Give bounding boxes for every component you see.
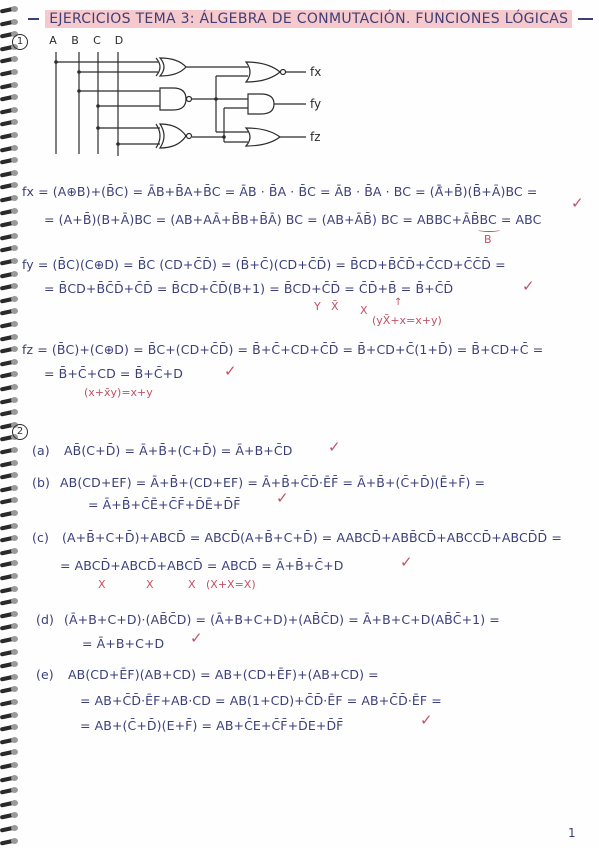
ex2e-label: (e) bbox=[36, 667, 54, 682]
spiral-ring bbox=[0, 699, 20, 706]
spiral-ring bbox=[0, 636, 20, 643]
fx-brace-note: B bbox=[484, 233, 492, 246]
fx-derivation-line-2: = (A+B̄)(B+Ā)BC = (AB+AĀ+B̄B+B̄Ā) BC = (… bbox=[44, 212, 541, 227]
ex2c-note-x3: X bbox=[188, 578, 196, 591]
ex2a-label: (a) bbox=[32, 443, 50, 458]
ex2c-check-icon: ✓ bbox=[400, 553, 413, 571]
ex2c-note-rule: (X+X=X) bbox=[206, 578, 256, 591]
spiral-ring bbox=[0, 56, 20, 63]
ex2a-check-icon: ✓ bbox=[328, 438, 341, 456]
spiral-ring bbox=[0, 132, 20, 139]
spiral-ring bbox=[0, 208, 20, 215]
spiral-ring bbox=[0, 182, 20, 189]
spiral-ring bbox=[0, 220, 20, 227]
spiral-ring bbox=[0, 586, 20, 593]
spiral-ring bbox=[0, 447, 20, 454]
spiral-ring bbox=[0, 523, 20, 530]
spiral-ring bbox=[0, 195, 20, 202]
spiral-ring bbox=[0, 724, 20, 731]
spiral-ring bbox=[0, 94, 20, 101]
fy-arrow-icon: ↑ bbox=[394, 297, 402, 308]
fz-note-rule: (x+x̄y)=x+y bbox=[84, 386, 153, 399]
fy-check-icon: ✓ bbox=[522, 277, 535, 295]
spiral-ring bbox=[0, 787, 20, 794]
spiral-ring bbox=[0, 258, 20, 265]
page-title: EJERCICIOS TEMA 3: ÁLGEBRA DE CONMUTACIÓ… bbox=[45, 10, 572, 28]
spiral-ring bbox=[0, 19, 20, 26]
title-row: EJERCICIOS TEMA 3: ÁLGEBRA DE CONMUTACIÓ… bbox=[28, 8, 593, 30]
fz-check-icon: ✓ bbox=[224, 362, 237, 380]
ex2d-check-icon: ✓ bbox=[190, 629, 203, 647]
ex2b-label: (b) bbox=[32, 475, 50, 490]
ex2c-note-x1: X bbox=[98, 578, 106, 591]
spiral-ring bbox=[0, 800, 20, 807]
ex2b-line-2: = Ā+B̄+C̄Ē+C̄F̄+D̄Ē+D̄F̄ bbox=[88, 497, 241, 512]
spiral-ring bbox=[0, 283, 20, 290]
ex2b-line-1: AB(CD+EF) = Ā+B̄+(CD+EF) = Ā+B̄+C̄D̄·ĒF̄… bbox=[60, 475, 485, 490]
spiral-ring bbox=[0, 649, 20, 656]
fy-note-rule: (yX̄+x=x+y) bbox=[372, 314, 442, 327]
spiral-ring bbox=[0, 359, 20, 366]
spiral-ring bbox=[0, 712, 20, 719]
ex2a-line-1: AB̄(C+D̄) = Ā+B̄̄+(C+D̄) = Ā+B+C̄D bbox=[64, 443, 292, 458]
ex2e-check-icon: ✓ bbox=[420, 711, 433, 729]
spiral-ring bbox=[0, 107, 20, 114]
fy-derivation-line-2: = B̄CD+B̄C̄D̄+C̄D̄ = B̄CD+C̄D̄(B+1) = B̄… bbox=[44, 281, 453, 296]
fy-note-xbar: X̄ bbox=[331, 300, 339, 313]
fz-derivation-line-2: = B̄+C̄+CD = B̄+C̄+D bbox=[44, 366, 183, 381]
spiral-ring bbox=[0, 674, 20, 681]
spiral-ring bbox=[0, 762, 20, 769]
spiral-ring bbox=[0, 334, 20, 341]
spiral-ring bbox=[0, 82, 20, 89]
spiral-ring bbox=[0, 296, 20, 303]
spiral-ring bbox=[0, 548, 20, 555]
logic-circuit-diagram: fx fy fz bbox=[48, 44, 338, 164]
ex2c-label: (c) bbox=[32, 530, 49, 545]
fy-derivation-line-1: fy = (B̄C)(C⊕D) = B̄C (CD+C̄D̄) = (B̄+C̄… bbox=[22, 257, 506, 272]
spiral-ring bbox=[0, 384, 20, 391]
spiral-ring bbox=[0, 145, 20, 152]
spiral-ring bbox=[0, 573, 20, 580]
spiral-ring bbox=[0, 371, 20, 378]
spiral-ring bbox=[0, 598, 20, 605]
spiral-ring bbox=[0, 6, 20, 13]
spiral-ring bbox=[0, 560, 20, 567]
spiral-ring bbox=[0, 157, 20, 164]
spiral-ring bbox=[0, 838, 20, 845]
page-number: 1 bbox=[568, 826, 576, 840]
ex2e-line-2: = AB+C̄D̄·ĒF+AB·CD = AB(1+CD)+C̄D̄·ĒF = … bbox=[80, 693, 442, 708]
spiral-ring bbox=[0, 409, 20, 416]
spiral-ring bbox=[0, 245, 20, 252]
fx-brace bbox=[478, 228, 500, 232]
spiral-ring bbox=[0, 812, 20, 819]
spiral-ring bbox=[0, 233, 20, 240]
spiral-ring bbox=[0, 623, 20, 630]
ex2c-line-2: = ABCD̄+ABCD̄+ABCD̄ = ABCD̄ = Ā+B̄+C̄+D bbox=[60, 558, 343, 573]
spiral-ring bbox=[0, 485, 20, 492]
fx-derivation-line-1: fx = (A⊕B)+(B̄C) = ĀB+B̄A+B̄C = ĀB · B̄A… bbox=[22, 184, 537, 199]
exercise-2-number: 2 bbox=[12, 424, 28, 440]
fx-check-icon: ✓ bbox=[571, 194, 584, 212]
ex2b-check-icon: ✓ bbox=[276, 489, 289, 507]
output-fz-label: fz bbox=[310, 130, 321, 144]
output-fy-label: fy bbox=[310, 97, 321, 111]
ex2d-line-1: (Ā+B+C+D)·(AB̄C̄D) = (Ā+B+C+D)+(AB̄C̄D) … bbox=[64, 612, 500, 627]
spiral-ring bbox=[0, 611, 20, 618]
spiral-ring bbox=[0, 749, 20, 756]
spiral-ring bbox=[0, 69, 20, 76]
spiral-ring bbox=[0, 686, 20, 693]
spiral-ring bbox=[0, 308, 20, 315]
ex2c-line-1: (A+B̄+C+D̄)+ABCD̄ = ABCD̄(A+B̄+C+D̄) = A… bbox=[62, 530, 562, 545]
exercise-1-number: 1 bbox=[12, 34, 28, 50]
ex2e-line-3: = AB+(C̄+D̄)(E+F̄) = AB+C̄E+C̄F̄+D̄E+D̄F… bbox=[80, 718, 343, 733]
spiral-ring bbox=[0, 321, 20, 328]
spiral-ring bbox=[0, 775, 20, 782]
output-fx-label: fx bbox=[310, 65, 321, 79]
spiral-ring bbox=[0, 271, 20, 278]
notebook-page: EJERCICIOS TEMA 3: ÁLGEBRA DE CONMUTACIÓ… bbox=[0, 0, 599, 848]
ex2d-line-2: = Ā+B+C+D bbox=[82, 636, 164, 651]
title-rule-right bbox=[578, 18, 593, 20]
spiral-ring bbox=[0, 497, 20, 504]
spiral-ring bbox=[0, 397, 20, 404]
spiral-ring bbox=[0, 170, 20, 177]
spiral-ring bbox=[0, 119, 20, 126]
ex2c-note-x2: X bbox=[146, 578, 154, 591]
title-rule-left bbox=[28, 18, 39, 20]
spiral-ring bbox=[0, 825, 20, 832]
spiral-ring bbox=[0, 737, 20, 744]
spiral-ring bbox=[0, 460, 20, 467]
fy-note-x: X bbox=[360, 304, 368, 317]
spiral-ring bbox=[0, 661, 20, 668]
fy-note-y: Y bbox=[314, 300, 321, 313]
ex2d-label: (d) bbox=[36, 612, 54, 627]
ex2e-line-1: AB(CD+ĒF)(AB+CD) = AB+(CD+ĒF)+(AB+CD) = bbox=[68, 667, 379, 682]
spiral-ring bbox=[0, 472, 20, 479]
spiral-ring bbox=[0, 535, 20, 542]
fz-derivation-line-1: fz = (B̄C)+(C⊕D) = B̄C+(CD+C̄D̄) = B̄+C̄… bbox=[22, 342, 543, 357]
spiral-ring bbox=[0, 346, 20, 353]
spiral-ring bbox=[0, 510, 20, 517]
